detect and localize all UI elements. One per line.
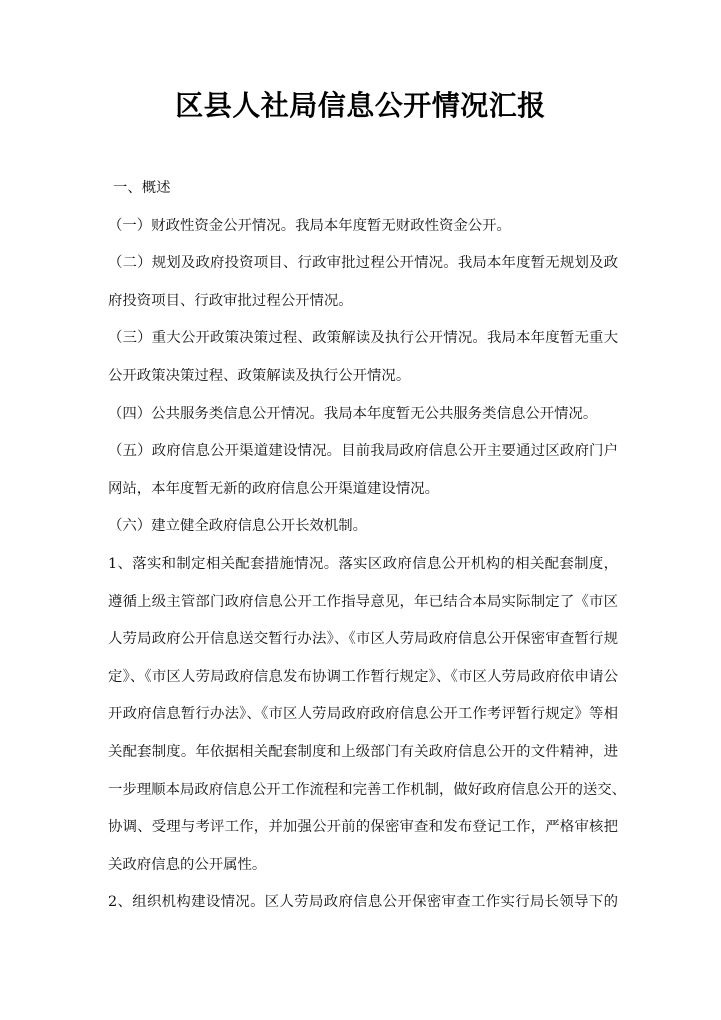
paragraph-line: 协调、受理与考评工作，并加强公开前的保密审查和发布登记工作，严格审核把 xyxy=(108,809,618,847)
paragraph-line: （四）公共服务类信息公开情况。我局本年度暂无公共服务类信息公开情况。 xyxy=(108,396,618,434)
paragraph-line: 关政府信息的公开属性。 xyxy=(108,847,618,885)
paragraph-line: （五）政府信息公开渠道建设情况。目前我局政府信息公开主要通过区政府门户 xyxy=(108,433,618,471)
paragraph-line: （三）重大公开政策决策过程、政策解读及执行公开情况。我局本年度暂无重大 xyxy=(108,320,618,358)
paragraph-line: 定》、《市区人劳局政府信息发布协调工作暂行规定》、《市区人劳局政府依申请公 xyxy=(108,659,618,697)
paragraph-line: 人劳局政府公开信息送交暂行办法》、《市区人劳局政府信息公开保密审查暂行规 xyxy=(108,621,618,659)
document-body: 一、概述 （一）财政性资金公开情况。我局本年度暂无财政性资金公开。 （二）规划及… xyxy=(108,170,618,922)
paragraph-line: 关配套制度。年依据相关配套制度和上级部门有关政府信息公开的文件精神，进 xyxy=(108,734,618,772)
paragraph-line: （六）建立健全政府信息公开长效机制。 xyxy=(108,508,618,546)
paragraph-line: （二）规划及政府投资项目、行政审批过程公开情况。我局本年度暂无规划及政 xyxy=(108,245,618,283)
section-heading-overview: 一、概述 xyxy=(108,170,618,208)
paragraph-line: 府投资项目、行政审批过程公开情况。 xyxy=(108,283,618,321)
paragraph-line: 2、组织机构建设情况。区人劳局政府信息公开保密审查工作实行局长领导下的 xyxy=(108,884,618,922)
paragraph-line: 一步理顺本局政府信息公开工作流程和完善工作机制，做好政府信息公开的送交、 xyxy=(108,772,618,810)
paragraph-line: 公开政策决策过程、政策解读及执行公开情况。 xyxy=(108,358,618,396)
paragraph-line: 网站，本年度暂无新的政府信息公开渠道建设情况。 xyxy=(108,471,618,509)
paragraph-line: 遵循上级主管部门政府信息公开工作指导意见，年已结合本局实际制定了《市区 xyxy=(108,584,618,622)
paragraph-line: （一）财政性资金公开情况。我局本年度暂无财政性资金公开。 xyxy=(108,208,618,246)
paragraph-line: 开政府信息暂行办法》、《市区人劳局政府政府信息公开工作考评暂行规定》等相 xyxy=(108,696,618,734)
paragraph-line: 1、落实和制定相关配套措施情况。落实区政府信息公开机构的相关配套制度， xyxy=(108,546,618,584)
document-title: 区县人社局信息公开情况汇报 xyxy=(0,86,721,126)
document-page: 区县人社局信息公开情况汇报 一、概述 （一）财政性资金公开情况。我局本年度暂无财… xyxy=(0,0,721,1020)
